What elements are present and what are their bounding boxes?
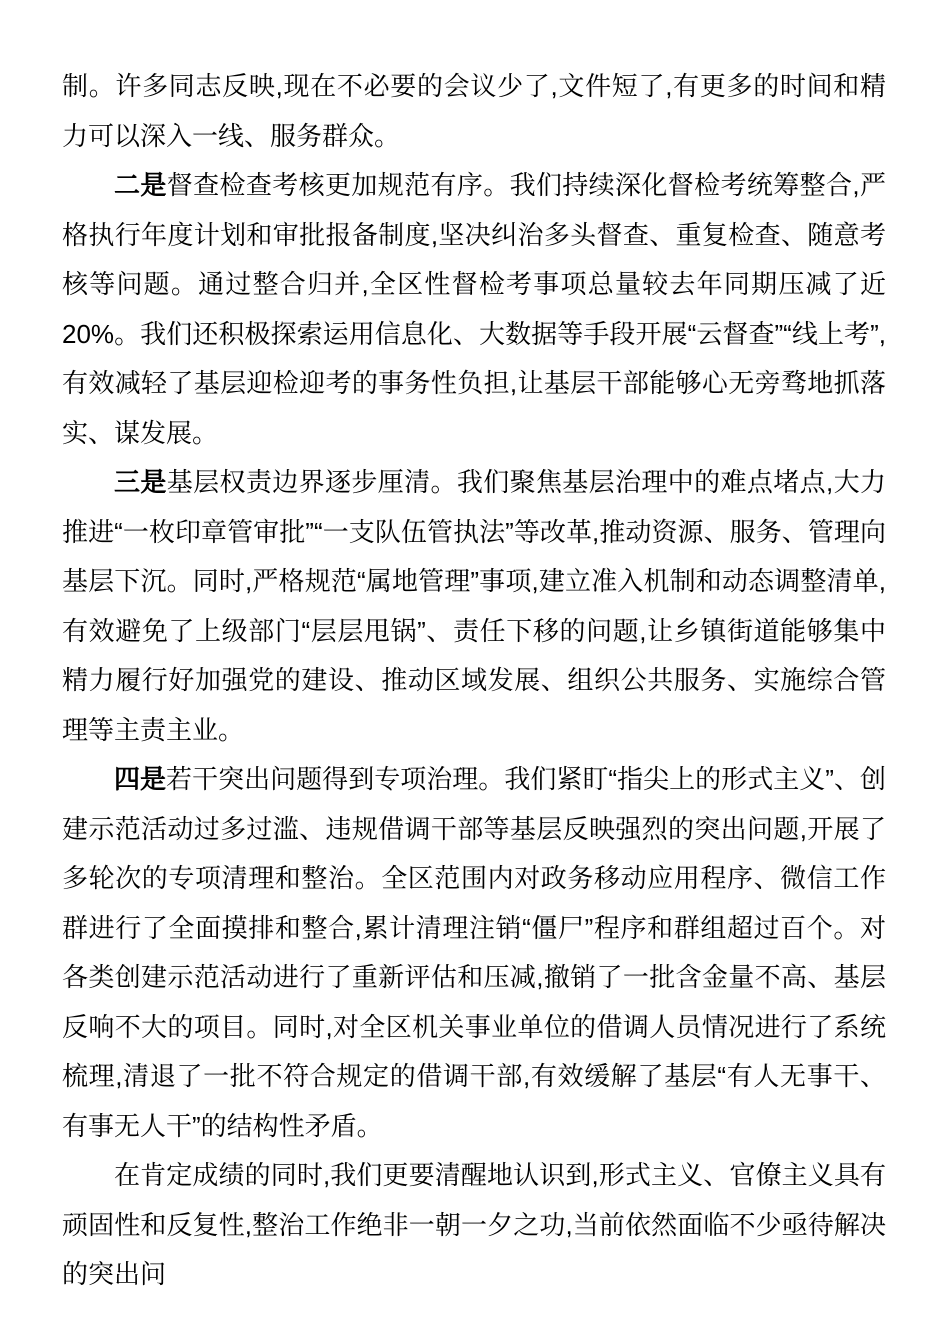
- paragraph-body: 督查检查考核更加规范有序。我们持续深化督检考统筹整合,严格执行年度计划和审批报备…: [62, 170, 886, 448]
- paragraph-continuation: 制。许多同志反映,现在不必要的会议少了,文件短了,有更多的时间和精力可以深入一线…: [62, 62, 886, 161]
- paragraph-lead: 二是: [114, 170, 167, 200]
- paragraph-point-four: 四是若干突出问题得到专项治理。我们紧盯“指尖上的形式主义”、创建示范活动过多过滥…: [62, 755, 886, 1151]
- paragraph-body: 基层权责边界逐步厘清。我们聚焦基层治理中的难点堵点,大力推进“一枚印章管审批”“…: [62, 467, 886, 745]
- paragraph-point-three: 三是基层权责边界逐步厘清。我们聚焦基层治理中的难点堵点,大力推进“一枚印章管审批…: [62, 458, 886, 755]
- paragraph-lead: 三是: [114, 467, 167, 497]
- paragraph-outlook: 在肯定成绩的同时,我们更要清醒地认识到,形式主义、官僚主义具有顽固性和反复性,整…: [62, 1151, 886, 1300]
- paragraph-body: 在肯定成绩的同时,我们更要清醒地认识到,形式主义、官僚主义具有顽固性和反复性,整…: [62, 1160, 886, 1289]
- paragraph-body: 若干突出问题得到专项治理。我们紧盯“指尖上的形式主义”、创建示范活动过多过滥、违…: [62, 764, 886, 1141]
- paragraph-body: 制。许多同志反映,现在不必要的会议少了,文件短了,有更多的时间和精力可以深入一线…: [62, 71, 886, 151]
- paragraph-point-two: 二是督查检查考核更加规范有序。我们持续深化督检考统筹整合,严格执行年度计划和审批…: [62, 161, 886, 458]
- document-page: 制。许多同志反映,现在不必要的会议少了,文件短了,有更多的时间和精力可以深入一线…: [0, 0, 950, 1344]
- paragraph-lead: 四是: [114, 764, 166, 794]
